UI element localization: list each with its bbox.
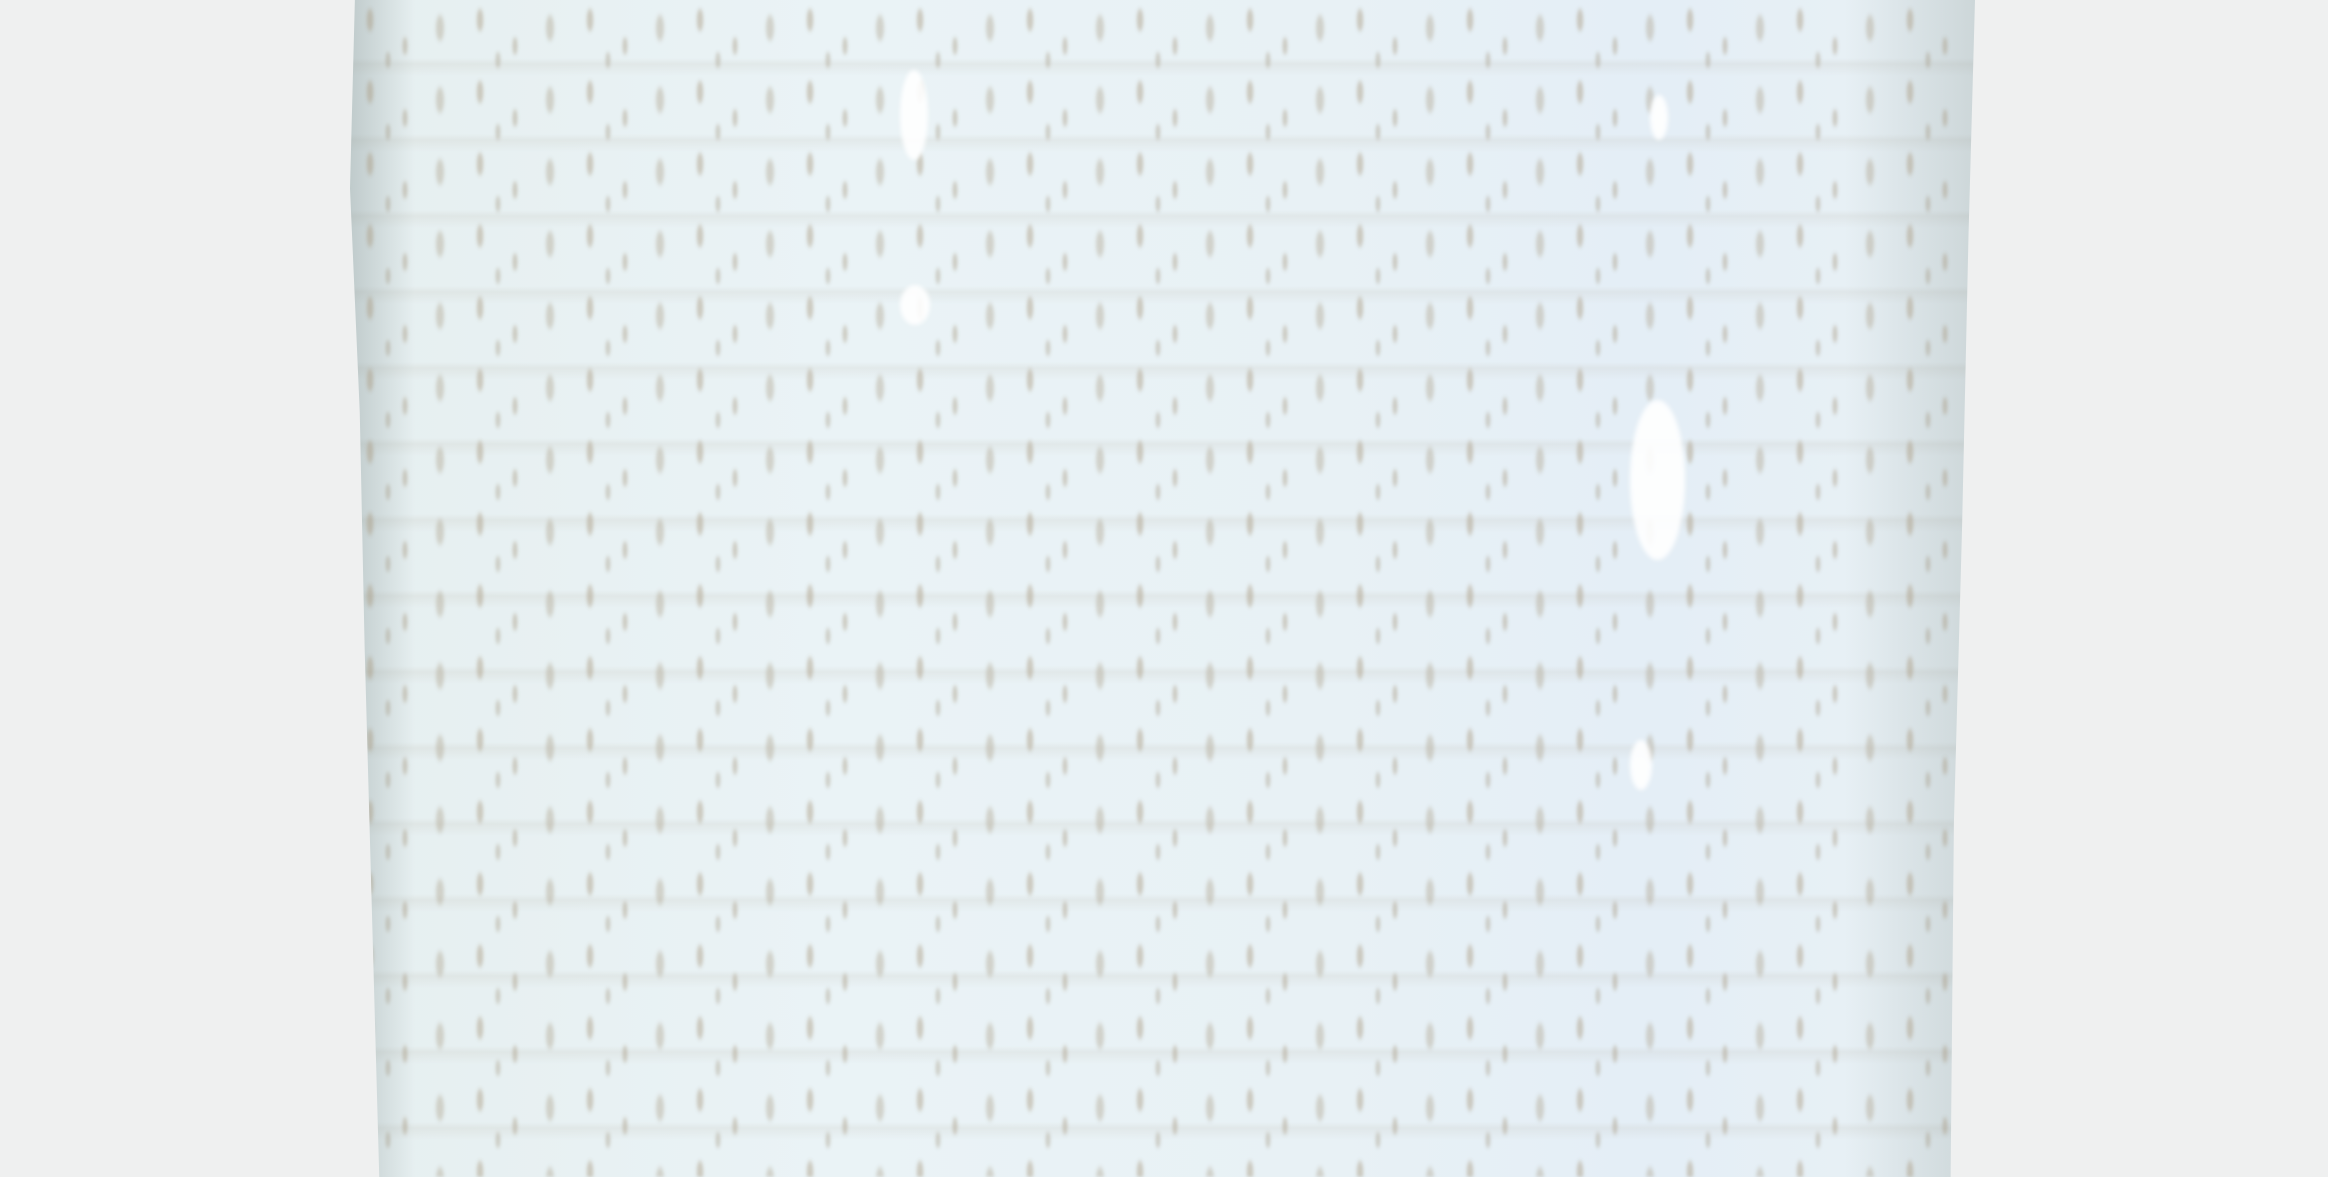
glaze-highlight xyxy=(1630,400,1685,560)
glaze-highlight xyxy=(1650,95,1668,140)
photo-background xyxy=(0,0,2328,1177)
ceramic-vase xyxy=(350,0,1975,1177)
speckle-texture xyxy=(350,0,1975,1177)
glaze-highlight xyxy=(1630,740,1652,790)
glaze-highlight xyxy=(900,70,928,160)
glaze-highlight xyxy=(900,285,930,325)
